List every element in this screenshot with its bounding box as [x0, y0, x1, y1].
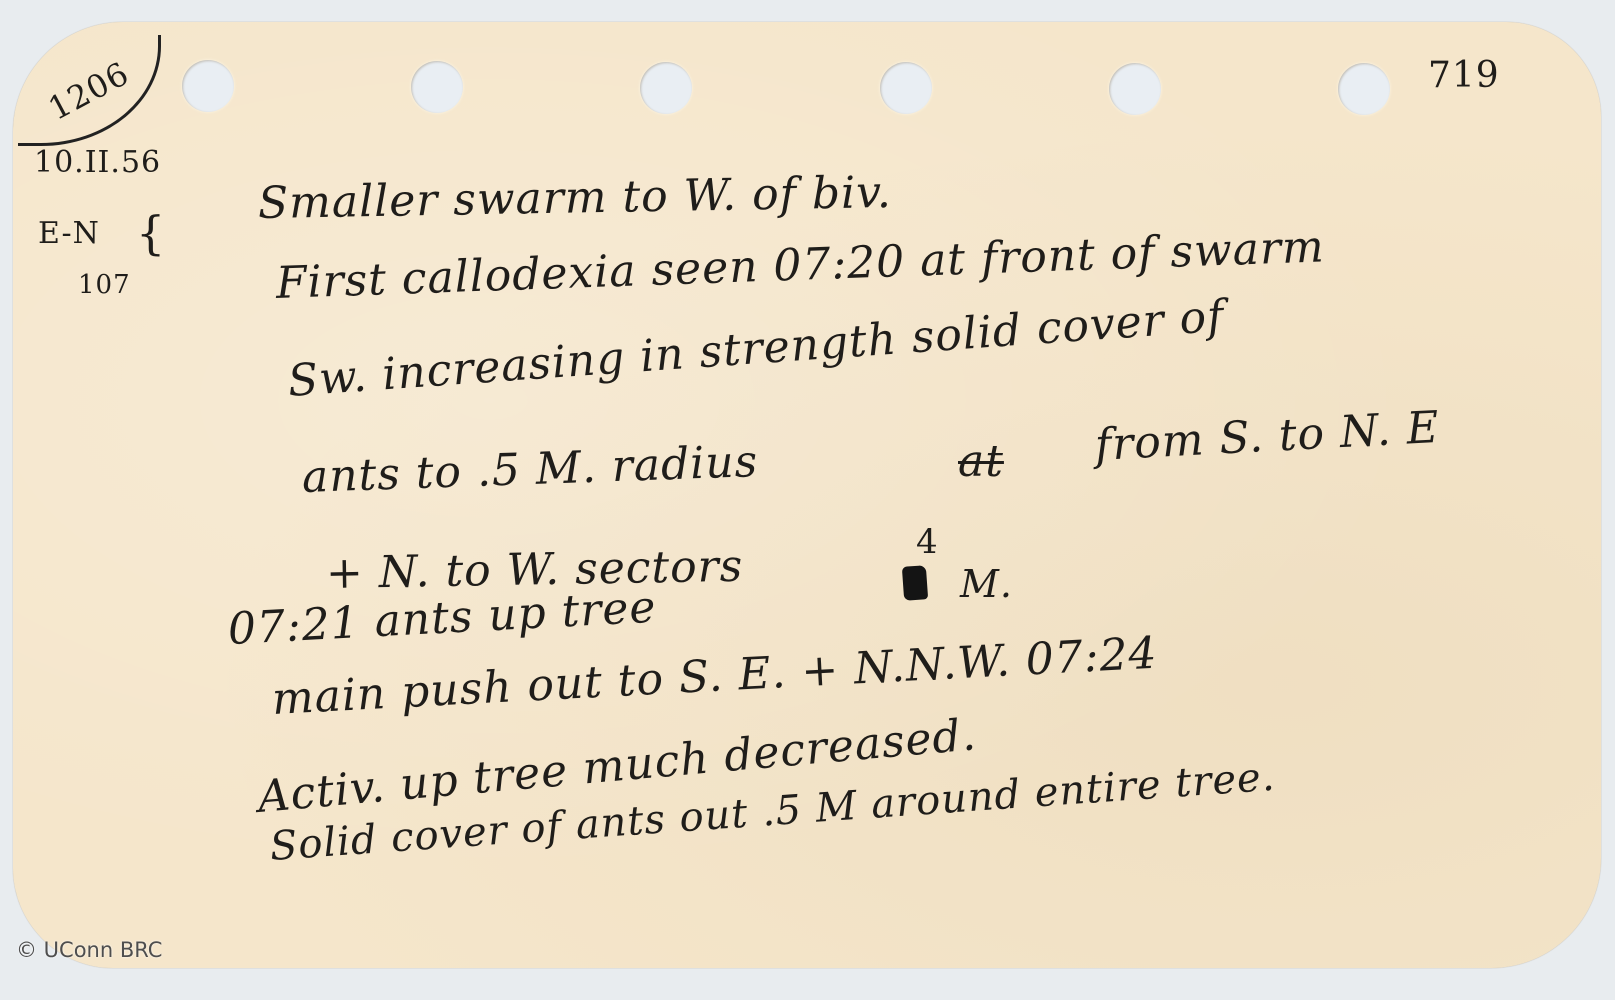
punch-hole	[1109, 63, 1161, 115]
punch-hole	[1338, 63, 1390, 115]
colony-number: 107	[78, 270, 131, 300]
colony-code: E-N	[38, 216, 100, 251]
punch-hole	[411, 61, 463, 113]
date: 10.II.56	[34, 145, 161, 180]
superscript-number: 4	[916, 522, 939, 562]
struck-word: at	[958, 436, 1004, 487]
brace-mark: {	[136, 206, 166, 260]
ink-blot	[902, 565, 928, 601]
punch-hole	[880, 62, 932, 114]
copyright-watermark: © UConn BRC	[16, 938, 162, 962]
after-blot-text: M.	[960, 562, 1013, 606]
punch-hole	[640, 62, 692, 114]
page-number: 719	[1428, 55, 1500, 96]
punch-hole	[182, 60, 234, 112]
